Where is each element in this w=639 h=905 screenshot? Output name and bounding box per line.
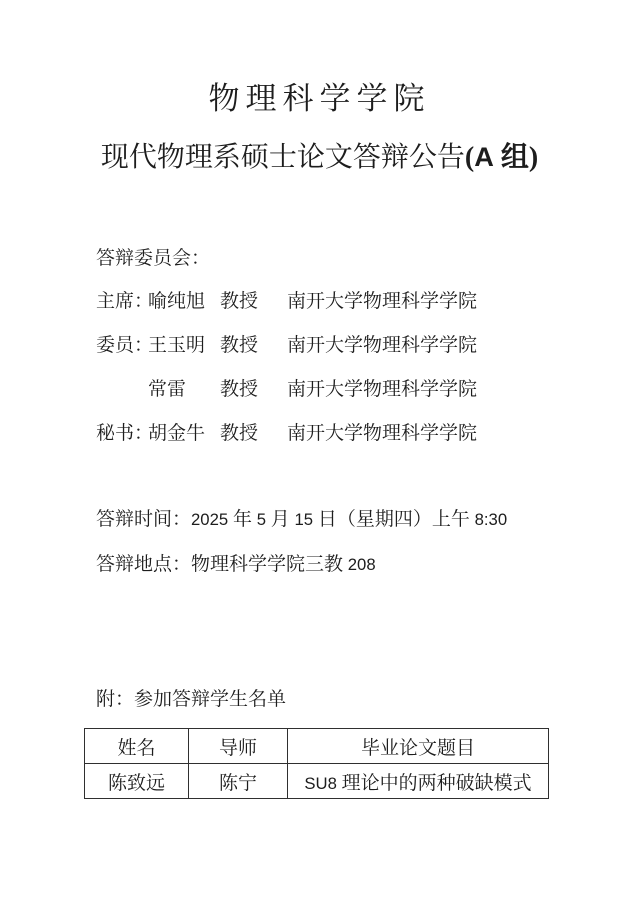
table-header-name: 姓名 — [85, 729, 189, 764]
document-page: 物理科学学院 现代物理系硕士论文答辩公告(A 组) 答辩委员会： 主席： 喻纯旭… — [0, 0, 639, 905]
advisor-name-cell: 陈宁 — [189, 764, 288, 799]
committee-member-affiliation: 南开大学物理科学学院 — [287, 379, 477, 402]
committee-role-label: 委员： — [96, 335, 153, 358]
committee-member-name: 胡金牛 — [148, 423, 205, 446]
committee-member-title: 教授 — [220, 335, 258, 358]
committee-member-affiliation: 南开大学物理科学学院 — [287, 291, 477, 314]
committee-member-name: 王玉明 — [148, 335, 205, 358]
attachment-heading: 附：参加答辩学生名单 — [96, 689, 286, 712]
defense-time: 答辩时间：2025 年 5 月 15 日（星期四）上午 8:30 — [96, 509, 507, 532]
committee-member-name: 常雷 — [148, 379, 186, 402]
committee-member-affiliation: 南开大学物理科学学院 — [287, 335, 477, 358]
committee-role-label: 主席： — [96, 291, 153, 314]
committee-member-title: 教授 — [220, 423, 258, 446]
page-title: 物理科学学院 — [0, 81, 639, 117]
defense-location: 答辩地点：物理科学学院三教 208 — [96, 554, 376, 577]
committee-member-affiliation: 南开大学物理科学学院 — [287, 423, 477, 446]
table-row: 陈致远 陈宁 SU8 理论中的两种破缺模式 — [85, 764, 549, 799]
committee-member-title: 教授 — [220, 291, 258, 314]
committee-role-label: 秘书： — [96, 423, 153, 446]
students-table: 姓名 导师 毕业论文题目 陈致远 陈宁 SU8 理论中的两种破缺模式 — [84, 728, 549, 799]
table-header-row: 姓名 导师 毕业论文题目 — [85, 729, 549, 764]
table-header-thesis: 毕业论文题目 — [288, 729, 549, 764]
student-name-cell: 陈致远 — [85, 764, 189, 799]
committee-member-title: 教授 — [220, 379, 258, 402]
committee-heading: 答辩委员会： — [96, 248, 210, 271]
table-header-advisor: 导师 — [189, 729, 288, 764]
committee-member-name: 喻纯旭 — [148, 291, 205, 314]
page-subtitle: 现代物理系硕士论文答辩公告(A 组) — [0, 141, 639, 175]
thesis-title-cell: SU8 理论中的两种破缺模式 — [288, 764, 549, 799]
